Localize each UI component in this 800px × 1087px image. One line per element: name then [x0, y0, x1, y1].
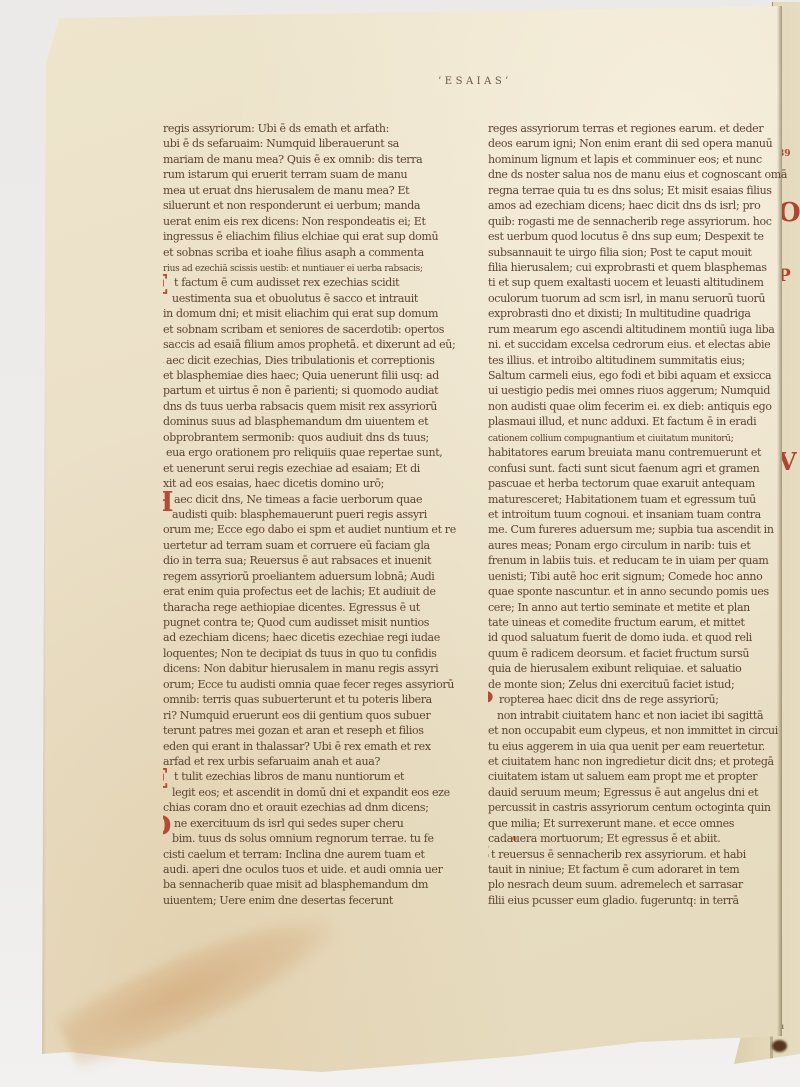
line-text: quae sponte nascuntur. et in anno secund… — [488, 585, 769, 598]
line-text: saccis ad esaiā filium amos prophetā. et… — [163, 338, 455, 351]
line-text: maturesceret; Habitationem tuam et egres… — [488, 493, 756, 506]
text-line: omnib: terris quas subuerterunt et tu po… — [163, 692, 469, 707]
text-line: plasmaui illud, et nunc adduxi. Et factu… — [488, 414, 794, 429]
text-line: ui uestigio pedis mei omnes riuos aggeru… — [488, 383, 794, 398]
text-line: que milia; Et surrexerunt mane. et ecce … — [488, 816, 794, 831]
line-text: ri? Numquid eruerunt eos dii gentium quo… — [163, 709, 430, 722]
text-line: ingressus ē eliachim filius elchiae qui … — [163, 229, 469, 244]
text-line: oculorum tuorum ad scm isrl, in manu ser… — [488, 291, 794, 306]
text-line: terunt patres mei gozan et aran et resep… — [163, 723, 469, 738]
text-line: deos earum igni; Non enim erant dii sed … — [488, 136, 794, 151]
text-line: rum mearum ego ascendi altitudinem monti… — [488, 322, 794, 337]
text-line: dns ds tuus uerba rabsacis quem misit re… — [163, 399, 469, 414]
text-line: partum et uirtus ē non ē parienti; si qu… — [163, 383, 469, 398]
line-text: bim. tuus ds solus omnium regnorum terra… — [172, 832, 434, 845]
text-line: haec dicit ezechias, Dies tribulationis … — [163, 353, 469, 368]
line-text: orum; Ecce tu audisti omnia quae fecer r… — [163, 678, 454, 691]
line-text: ba sennacherib quae misit ad blasphemand… — [163, 878, 428, 891]
line-text: rum mearum ego ascendi altitudinem monti… — [488, 323, 774, 336]
line-text: confusi sunt. facti sunt sicut faenum ag… — [488, 462, 759, 475]
text-line: rum istarum qui eruerit terram suam de m… — [163, 167, 469, 182]
line-text: loquentes; Non te decipiat ds tuus in qu… — [163, 647, 437, 660]
text-line: et uenerunt serui regis ezechiae ad esai… — [163, 461, 469, 476]
line-text: omnib: terris quas subuerterunt et tu po… — [163, 693, 432, 706]
text-line: obprobrantem sermonib: quos audiuit dns … — [163, 430, 469, 445]
line-text: tharacha rege aethiopiae dicentes. Egres… — [163, 601, 420, 614]
line-text: uertetur ad terram suam et corruere eū f… — [163, 539, 430, 552]
text-line: tate uineas et comedite fructum earum, e… — [488, 615, 794, 630]
line-text: ubi ē ds sefaruaim: Numquid liberauerunt… — [163, 137, 399, 150]
text-line: regna terrae quia tu es dns solus; Et mi… — [488, 183, 794, 198]
line-text: ui uestigio pedis mei omnes riuos aggeru… — [488, 384, 770, 397]
line-text: uerat enim eis rex dicens: Non respondea… — [163, 215, 426, 228]
running-title: ’ESAIAS’ — [160, 76, 790, 87]
line-text: et non occupabit eum clypeus, et non imm… — [488, 724, 778, 737]
line-text: obprobrantem sermonib: quos audiuit dns … — [163, 431, 429, 444]
line-text: eden qui erant in thalassar? Ubi ē rex e… — [163, 740, 431, 753]
text-line: Dne exercituum ds isrl qui sedes super c… — [163, 816, 469, 831]
text-column-left: regis assyriorum: Ubi ē ds emath et arfa… — [163, 121, 469, 908]
text-line: Et tulit ezechias libros de manu nuntior… — [163, 769, 469, 784]
line-text: uiuentem; Uere enim dne desertas fecerun… — [163, 894, 393, 907]
text-line: uenisti; Tibi autē hoc erit signum; Come… — [488, 569, 794, 584]
line-text: oculorum tuorum ad scm isrl, in manu ser… — [488, 292, 765, 305]
line-text: partum et uirtus ē non ē parienti; si qu… — [163, 384, 438, 397]
text-line: amos ad ezechiam dicens; haec dicit dns … — [488, 198, 794, 213]
text-line: rius ad ezechiā scissis uestib: et nunti… — [163, 260, 469, 275]
line-text: regna terrae quia tu es dns solus; Et mi… — [488, 184, 772, 197]
line-text: siluerunt et non responderunt ei uerbum;… — [163, 199, 420, 212]
line-text: ingressus ē eliachim filius elchiae qui … — [163, 230, 438, 243]
line-text: eua ergo orationem pro reliquiis quae re… — [166, 446, 442, 459]
line-text: arfad et rex urbis sefaruaim anah et aua… — [163, 755, 380, 768]
text-line: frenum in labiis tuis. et reducam te in … — [488, 553, 794, 568]
rubricated-initial: E — [488, 844, 489, 860]
text-line: plo nesrach deum suum. adremelech et sar… — [488, 877, 794, 892]
text-line: ni. et succidam excelsa cedrorum eius. e… — [488, 337, 794, 352]
text-line: Haec dicit dns, Ne timeas a facie uerbor… — [163, 492, 469, 507]
line-text: quum ē radicem deorsum. et faciet fructu… — [488, 647, 749, 660]
line-text: dicens: Non dabitur hierusalem in manu r… — [163, 662, 438, 675]
line-text: hominum lignum et lapis et comminuer eos… — [488, 153, 762, 166]
text-column-right: reges assyriorum terras et regiones earu… — [488, 121, 794, 908]
line-text: rius ad ezechiā scissis uestib: et nunti… — [163, 264, 423, 274]
text-line: mariam de manu mea? Quis ē ex omnib: dis… — [163, 152, 469, 167]
line-text: in domum dni; et misit eliachim qui erat… — [163, 307, 438, 320]
text-line: in domum dni; et misit eliachim qui erat… — [163, 306, 469, 321]
line-text: et sobnas scriba et ioahe filius asaph a… — [163, 246, 424, 259]
text-line: pugnet contra te; Quod cum audisset misi… — [163, 615, 469, 630]
text-line: orum me; Ecce ego dabo ei spm et audiet … — [163, 522, 469, 537]
line-text: ne exercituum ds isrl qui sedes super ch… — [174, 817, 403, 830]
line-text: amos ad ezechiam dicens; haec dicit dns … — [488, 199, 760, 212]
line-text: quib: rogasti me de sennacherib rege ass… — [488, 215, 772, 228]
line-text: ni. et succidam excelsa cedrorum eius. e… — [488, 338, 770, 351]
line-text: me. Cum fureres aduersum me; supbia tua … — [488, 523, 774, 536]
line-text: cere; In anno aut tertio seminate et met… — [488, 601, 750, 614]
text-line: dauid seruum meum; Egressus ē aut angelu… — [488, 785, 794, 800]
line-text: cadauera mortuorum; Et egressus ē et abi… — [488, 832, 720, 845]
line-text: tauit in niniue; Et factum ē cum adorare… — [488, 863, 739, 876]
line-text: terunt patres mei gozan et aran et resep… — [163, 724, 424, 737]
line-text: non intrabit ciuitatem hanc et non iacie… — [497, 709, 763, 722]
text-line: saccis ad esaiā filium amos prophetā. et… — [163, 337, 469, 352]
line-text: habitatores earum breuiata manu contremu… — [488, 446, 761, 459]
line-text: erat enim quia profectus eet de lachis; … — [163, 585, 436, 598]
text-line: et blasphemiae dies haec; Quia uenerunt … — [163, 368, 469, 383]
line-text: id quod saluatum fuerit de domo iuda. et… — [488, 631, 752, 644]
text-line: et introitum tuum cognoui. et insaniam t… — [488, 507, 794, 522]
line-text: mariam de manu mea? Quis ē ex omnib: dis… — [163, 153, 422, 166]
text-line: reges assyriorum terras et regiones earu… — [488, 121, 794, 136]
line-text: dns ds tuus uerba rabsacis quem misit re… — [163, 400, 437, 413]
line-text: dne ds noster salua nos de manu eius et … — [488, 168, 787, 181]
text-line: et ciuitatem hanc non ingredietur dicit … — [488, 754, 794, 769]
line-text: t factum ē cum audisset rex ezechias sci… — [174, 276, 399, 289]
text-line: mea ut eruat dns hierusalem de manu mea?… — [163, 183, 469, 198]
line-text: ropterea haec dicit dns de rege assyrior… — [499, 693, 719, 706]
line-text: plasmaui illud, et nunc adduxi. Et factu… — [488, 415, 756, 428]
line-text: ad ezechiam dicens; haec dicetis ezechia… — [163, 631, 440, 644]
text-line: ba sennacherib quae misit ad blasphemand… — [163, 877, 469, 892]
line-text: pugnet contra te; Quod cum audisset misi… — [163, 616, 429, 629]
text-line: arfad et rex urbis sefaruaim anah et aua… — [163, 754, 469, 769]
line-text: pascuae et herba tectorum quae exaruit a… — [488, 477, 755, 490]
text-line: eden qui erant in thalassar? Ubi ē rex e… — [163, 739, 469, 754]
text-line: Leua ergo orationem pro reliquiis quae r… — [163, 445, 469, 460]
line-text: uestimenta sua et obuolutus ē sacco et i… — [172, 292, 418, 305]
text-line: tes illius. et introibo altitudinem summ… — [488, 353, 794, 368]
line-text: et introitum tuum cognoui. et insaniam t… — [488, 508, 761, 521]
text-line: uiuentem; Uere enim dne desertas fecerun… — [163, 893, 469, 908]
line-text: de monte sion; Zelus dni exercituū facie… — [488, 678, 734, 691]
line-text: rum istarum qui eruerit terram suam de m… — [163, 168, 407, 181]
line-text: Saltum carmeli eius, ego fodi et bibi aq… — [488, 369, 771, 382]
line-text: regem assyriorū proeliantem aduersum lob… — [163, 570, 434, 583]
line-text: filii eius pcusser eum gladio. fugeruntq… — [488, 894, 739, 907]
text-line: regis assyriorum: Ubi ē ds emath et arfa… — [163, 121, 469, 136]
line-text: plo nesrach deum suum. adremelech et sar… — [488, 878, 743, 891]
text-line: ƷΛEt factum ē cum audisset rex ezechias … — [163, 275, 469, 290]
line-text: aures meas; Ponam ergo circulum in narib… — [488, 539, 750, 552]
text-line: filii eius pcusser eum gladio. fugeruntq… — [488, 893, 794, 908]
line-text: percussit in castris assyriorum centum o… — [488, 801, 771, 814]
line-text: exprobrasti dno et dixisti; In multitudi… — [488, 307, 751, 320]
text-line: non intrabit ciuitatem hanc et non iacie… — [488, 708, 794, 723]
line-text: aec dicit dns, Ne timeas a facie uerboru… — [174, 493, 422, 506]
line-text: t tulit ezechias libros de manu nuntioru… — [174, 770, 404, 783]
line-text: est uerbum quod locutus ē dns sup eum; D… — [488, 230, 764, 243]
line-text: ti et sup quem exaltasti uocem et leuast… — [488, 276, 764, 289]
text-line: cationem collium compugnantium et ciuita… — [488, 430, 794, 445]
line-text: filia hierusalem; cui exprobrasti et que… — [488, 261, 767, 274]
text-line: dne ds noster salua nos de manu eius et … — [488, 167, 794, 182]
text-line: chias coram dno et orauit ezechias ad dn… — [163, 800, 469, 815]
text-line: de monte sion; Zelus dni exercituū facie… — [488, 677, 794, 692]
text-line: loquentes; Non te decipiat ds tuus in qu… — [163, 646, 469, 661]
line-text: audi. aperi dne oculos tuos et uide. et … — [163, 863, 443, 876]
text-line: orum; Ecce tu audisti omnia quae fecer r… — [163, 677, 469, 692]
text-line: dio in terra sua; Reuersus ē aut rabsace… — [163, 553, 469, 568]
text-line: exprobrasti dno et dixisti; In multitudi… — [488, 306, 794, 321]
text-line: dominus suus ad blasphemandum dm uiuente… — [163, 414, 469, 429]
line-text: dio in terra sua; Reuersus ē aut rabsace… — [163, 554, 431, 567]
text-line: me. Cum fureres aduersum me; supbia tua … — [488, 522, 794, 537]
text-line: et sobnas scriba et ioahe filius asaph a… — [163, 245, 469, 260]
text-line: audisti quib: blasphemauerunt pueri regi… — [163, 507, 469, 522]
line-text: uenisti; Tibi autē hoc erit signum; Come… — [488, 570, 762, 583]
line-text: et uenerunt serui regis ezechiae ad esai… — [163, 462, 420, 475]
text-line: siluerunt et non responderunt ei uerbum;… — [163, 198, 469, 213]
text-line: xit ad eos esaias, haec dicetis domino u… — [163, 476, 469, 491]
line-text: et sobnam scribam et seniores de sacerdo… — [163, 323, 444, 336]
line-text: quia de hierusalem exibunt reliquiae. et… — [488, 662, 741, 675]
text-line: tu eius aggerem in uia qua uenit per eam… — [488, 739, 794, 754]
text-line: Propterea haec dicit dns de rege assyrio… — [488, 692, 794, 707]
line-text: deos earum igni; Non enim erant dii sed … — [488, 137, 772, 150]
text-line: filia hierusalem; cui exprobrasti et que… — [488, 260, 794, 275]
left-edge-shade — [40, 6, 46, 1072]
line-text: legit eos; et ascendit in domū dni et ex… — [172, 786, 450, 799]
text-line: dicens: Non dabitur hierusalem in manu r… — [163, 661, 469, 676]
line-text: chias coram dno et orauit ezechias ad dn… — [163, 801, 429, 814]
text-line: id quod saluatum fuerit de domo iuda. et… — [488, 630, 794, 645]
text-line: aures meas; Ponam ergo circulum in narib… — [488, 538, 794, 553]
dark-spot — [772, 1040, 787, 1052]
text-line: et sobnam scribam et seniores de sacerdo… — [163, 322, 469, 337]
line-text: aec dicit ezechias, Dies tribulationis e… — [166, 354, 435, 367]
text-line: audi. aperi dne oculos tuos et uide. et … — [163, 862, 469, 877]
text-line: Et reuersus ē sennacherib rex assyriorum… — [488, 847, 794, 862]
text-line: regem assyriorū proeliantem aduersum lob… — [163, 569, 469, 584]
text-line: tharacha rege aethiopiae dicentes. Egres… — [163, 600, 469, 615]
line-text: que milia; Et surrexerunt mane. et ecce … — [488, 817, 734, 830]
text-line: erat enim quia profectus eet de lachis; … — [163, 584, 469, 599]
text-line: ri? Numquid eruerunt eos dii gentium quo… — [163, 708, 469, 723]
line-text: xit ad eos esaias, haec dicetis domino u… — [163, 477, 384, 490]
manuscript-scan: 39OPVıı ’ESAIAS’ regis assyriorum: Ubi ē… — [0, 0, 800, 1087]
text-line: hominum lignum et lapis et comminuer eos… — [488, 152, 794, 167]
text-line: quum ē radicem deorsum. et faciet fructu… — [488, 646, 794, 661]
text-line: quia de hierusalem exibunt reliquiae. et… — [488, 661, 794, 676]
line-text: non audisti quae olim fecerim ei. ex die… — [488, 400, 772, 413]
line-text: tes illius. et introibo altitudinem summ… — [488, 354, 745, 367]
text-line: quae sponte nascuntur. et in anno secund… — [488, 584, 794, 599]
line-text: et ciuitatem hanc non ingredietur dicit … — [488, 755, 774, 768]
line-text: reges assyriorum terras et regiones earu… — [488, 122, 763, 135]
line-text: orum me; Ecce ego dabo ei spm et audiet … — [163, 523, 456, 536]
rubricated-initial: h — [163, 350, 164, 366]
text-line: percussit in castris assyriorum centum o… — [488, 800, 794, 815]
text-line: quib: rogasti me de sennacherib rege ass… — [488, 214, 794, 229]
line-text: tate uineas et comedite fructum earum, e… — [488, 616, 745, 629]
line-text: tu eius aggerem in uia qua uenit per eam… — [488, 740, 765, 753]
line-text: frenum in labiis tuis. et reducam te in … — [488, 554, 768, 567]
text-line: uertetur ad terram suam et corruere eū f… — [163, 538, 469, 553]
line-text: et blasphemiae dies haec; Quia uenerunt … — [163, 369, 439, 382]
text-line: legit eos; et ascendit in domū dni et ex… — [163, 785, 469, 800]
text-line: ubi ē ds sefaruaim: Numquid liberauerunt… — [163, 136, 469, 151]
text-line: habitatores earum breuiata manu contremu… — [488, 445, 794, 460]
line-text: subsannauit te uirgo filia sion; Post te… — [488, 246, 752, 259]
line-text: audisti quib: blasphemauerunt pueri regi… — [172, 508, 427, 521]
text-line: ad ezechiam dicens; haec dicetis ezechia… — [163, 630, 469, 645]
text-line: bim. tuus ds solus omnium regnorum terra… — [163, 831, 469, 846]
line-text: cisti caelum et terram: Inclina dne aure… — [163, 848, 425, 861]
text-line: non audisti quae olim fecerim ei. ex die… — [488, 399, 794, 414]
line-text: dauid seruum meum; Egressus ē aut angelu… — [488, 786, 758, 799]
text-line: cisti caelum et terram: Inclina dne aure… — [163, 847, 469, 862]
text-line: cadauera mortuorum; Et egressus ē et abi… — [488, 831, 794, 846]
text-line: uestimenta sua et obuolutus ē sacco et i… — [163, 291, 469, 306]
text-line: confusi sunt. facti sunt sicut faenum ag… — [488, 461, 794, 476]
line-text: ciuitatem istam ut saluem eam propt me e… — [488, 770, 757, 783]
text-line: pascuae et herba tectorum quae exaruit a… — [488, 476, 794, 491]
text-line: tauit in niniue; Et factum ē cum adorare… — [488, 862, 794, 877]
text-line: est uerbum quod locutus ē dns sup eum; D… — [488, 229, 794, 244]
line-text: regis assyriorum: Ubi ē ds emath et arfa… — [163, 122, 389, 135]
text-line: Saltum carmeli eius, ego fodi et bibi aq… — [488, 368, 794, 383]
text-line: ti et sup quem exaltasti uocem et leuast… — [488, 275, 794, 290]
text-line: ciuitatem istam ut saluem eam propt me e… — [488, 769, 794, 784]
line-text: mea ut eruat dns hierusalem de manu mea?… — [163, 184, 409, 197]
text-line: maturesceret; Habitationem tuam et egres… — [488, 492, 794, 507]
text-line: cere; In anno aut tertio seminate et met… — [488, 600, 794, 615]
line-text: t reuersus ē sennacherib rex assyriorum.… — [491, 848, 746, 861]
line-text: cationem collium compugnantium et ciuita… — [488, 434, 734, 444]
text-line: uerat enim eis rex dicens: Non respondea… — [163, 214, 469, 229]
line-text: dominus suus ad blasphemandum dm uiuente… — [163, 415, 428, 428]
text-line: et non occupabit eum clypeus, et non imm… — [488, 723, 794, 738]
text-line: subsannauit te uirgo filia sion; Post te… — [488, 245, 794, 260]
